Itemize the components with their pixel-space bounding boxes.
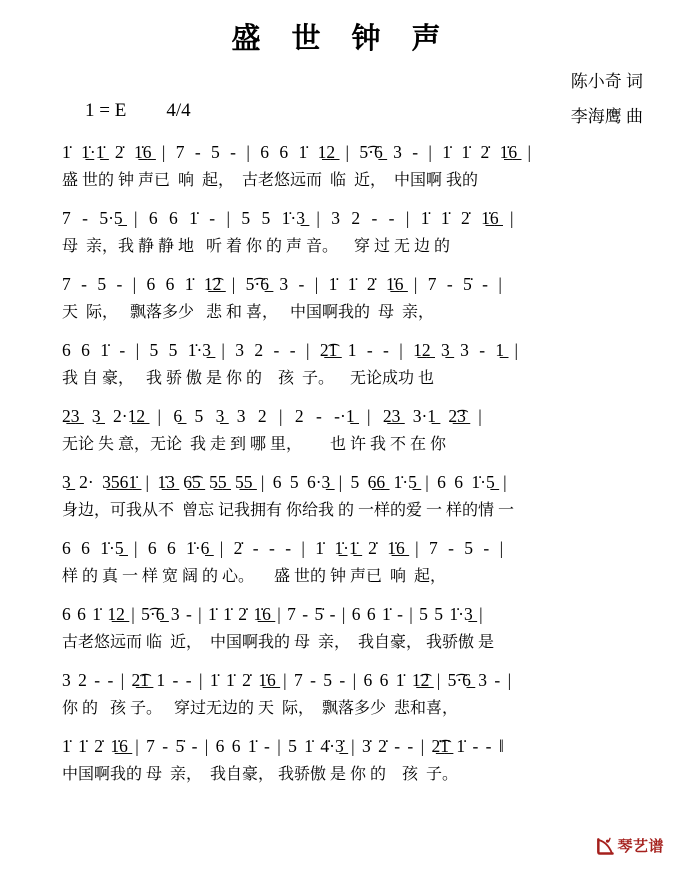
composer-credit: 李海鹰 曲	[571, 99, 643, 134]
score-line: 3̲ 2· 3̲5̲6̲1̲̇ | 1̲̇3̲ 6̲͡5̲ 5̲5̲ 5̲5̲ …	[62, 468, 659, 523]
qinyipu-logo-icon	[595, 836, 615, 856]
score-line: 6 6 1̇·5̲ | 6 6 1̇·6̲ | 2̇ - - - | 1̇ 1̲…	[62, 534, 659, 589]
notation-row: 7 - 5·5̲ | 6 6 1̇ - | 5 5 1̇·3̲ | 3 2 - …	[62, 204, 659, 233]
song-title: 盛 世 钟 声	[0, 16, 673, 57]
lyrics-row: 天 际， 飘落多少 悲 和 喜， 中国啊我的 母 亲，	[62, 300, 659, 325]
score-line: 6 6 1̇ 1̲2̲ | 5͡·6̲ 3 - | 1̇ 1̇ 2̇ 1̲̇6̲…	[62, 600, 659, 655]
notation-row: 6 6 1̇ - | 5 5 1̇·3̲ | 3 2 - - | 2̲͡1̲ 1…	[62, 336, 659, 365]
lyrics-row: 中国啊我的 母 亲， 我自豪， 我骄傲 是 你 的 孩 子。	[62, 762, 659, 787]
key-time-signature: 1 = E4/4	[85, 100, 191, 122]
lyrics-row: 你 的 孩 子。 穿过无边的 天 际， 飘落多少 悲和喜，	[62, 696, 659, 721]
lyrics-row: 样 的 真 一 样 宽 阔 的 心。 盛 世的 钟 声已 响 起，	[62, 564, 659, 589]
watermark-logo: 琴艺谱	[595, 835, 664, 856]
score-line: 7 - 5·5̲ | 6 6 1̇ - | 5 5 1̇·3̲ | 3 2 - …	[62, 204, 659, 259]
notation-row: 3 2 - - | 2̲͡1̲ 1 - - | 1̇ 1̇ 2̇ 1̲̇6̲ |…	[62, 666, 659, 695]
lyrics-row: 母 亲，我 静 静 地 听 着 你 的 声 音。 穿 过 无 边 的	[62, 234, 659, 259]
score-line: 2̲3̲ 3̲ 2·1̲2̲ | 6̲ 5 3̲ 3 2 | 2 - -·1̲ …	[62, 402, 659, 457]
score-line: 1̇ 1̇ 2̇ 1̲̇6̲ | 7 - 5̇ - | 6 6 1̇ - | 5…	[62, 732, 659, 787]
score: 1̇ 1̲̇·1̲̇ 2̇ 1̲̇6̲ | 7 - 5 - | 6 6 1̇ 1…	[62, 138, 659, 798]
watermark-text: 琴艺谱	[617, 835, 664, 856]
score-line: 7 - 5 - | 6 6 1̇ 1̲͡2̲ | 5͡·6̲ 3 - | 1̇ …	[62, 270, 659, 325]
sheet-music-page: 盛 世 钟 声 陈小奇 词 李海鹰 曲 1 = E4/4 1̇ 1̲̇·1̲̇ …	[0, 0, 673, 870]
notation-row: 3̲ 2· 3̲5̲6̲1̲̇ | 1̲̇3̲ 6̲͡5̲ 5̲5̲ 5̲5̲ …	[62, 468, 659, 497]
notation-row: 7 - 5 - | 6 6 1̇ 1̲͡2̲ | 5͡·6̲ 3 - | 1̇ …	[62, 270, 659, 299]
lyricist-credit: 陈小奇 词	[571, 64, 643, 99]
score-line: 6 6 1̇ - | 5 5 1̇·3̲ | 3 2 - - | 2̲͡1̲ 1…	[62, 336, 659, 391]
lyrics-row: 古老悠远而 临 近， 中国啊我的 母 亲， 我自豪， 我骄傲 是	[62, 630, 659, 655]
notation-row: 6 6 1̇ 1̲2̲ | 5͡·6̲ 3 - | 1̇ 1̇ 2̇ 1̲̇6̲…	[62, 600, 659, 629]
score-line: 1̇ 1̲̇·1̲̇ 2̇ 1̲̇6̲ | 7 - 5 - | 6 6 1̇ 1…	[62, 138, 659, 193]
lyrics-row: 无论 失 意，无论 我 走 到 哪 里， 也 许 我 不 在 你	[62, 432, 659, 457]
notation-row: 1̇ 1̇ 2̇ 1̲̇6̲ | 7 - 5̇ - | 6 6 1̇ - | 5…	[62, 732, 659, 761]
notation-row: 1̇ 1̲̇·1̲̇ 2̇ 1̲̇6̲ | 7 - 5 - | 6 6 1̇ 1…	[62, 138, 659, 167]
lyrics-row: 盛 世的 钟 声已 响 起， 古老悠远而 临 近， 中国啊 我的	[62, 168, 659, 193]
credits: 陈小奇 词 李海鹰 曲	[571, 64, 643, 134]
lyrics-row: 身边，可我从不 曾忘 记我拥有 你给我 的 一样的爱 一 样的情 一	[62, 498, 659, 523]
notation-row: 6 6 1̇·5̲ | 6 6 1̇·6̲ | 2̇ - - - | 1̇ 1̲…	[62, 534, 659, 563]
time-signature: 4/4	[166, 100, 190, 121]
notation-row: 2̲3̲ 3̲ 2·1̲2̲ | 6̲ 5 3̲ 3 2 | 2 - -·1̲ …	[62, 402, 659, 431]
score-line: 3 2 - - | 2̲͡1̲ 1 - - | 1̇ 1̇ 2̇ 1̲̇6̲ |…	[62, 666, 659, 721]
key-signature: 1 = E	[85, 100, 126, 121]
lyrics-row: 我 自 豪， 我 骄 傲 是 你 的 孩 子。 无论成功 也	[62, 366, 659, 391]
